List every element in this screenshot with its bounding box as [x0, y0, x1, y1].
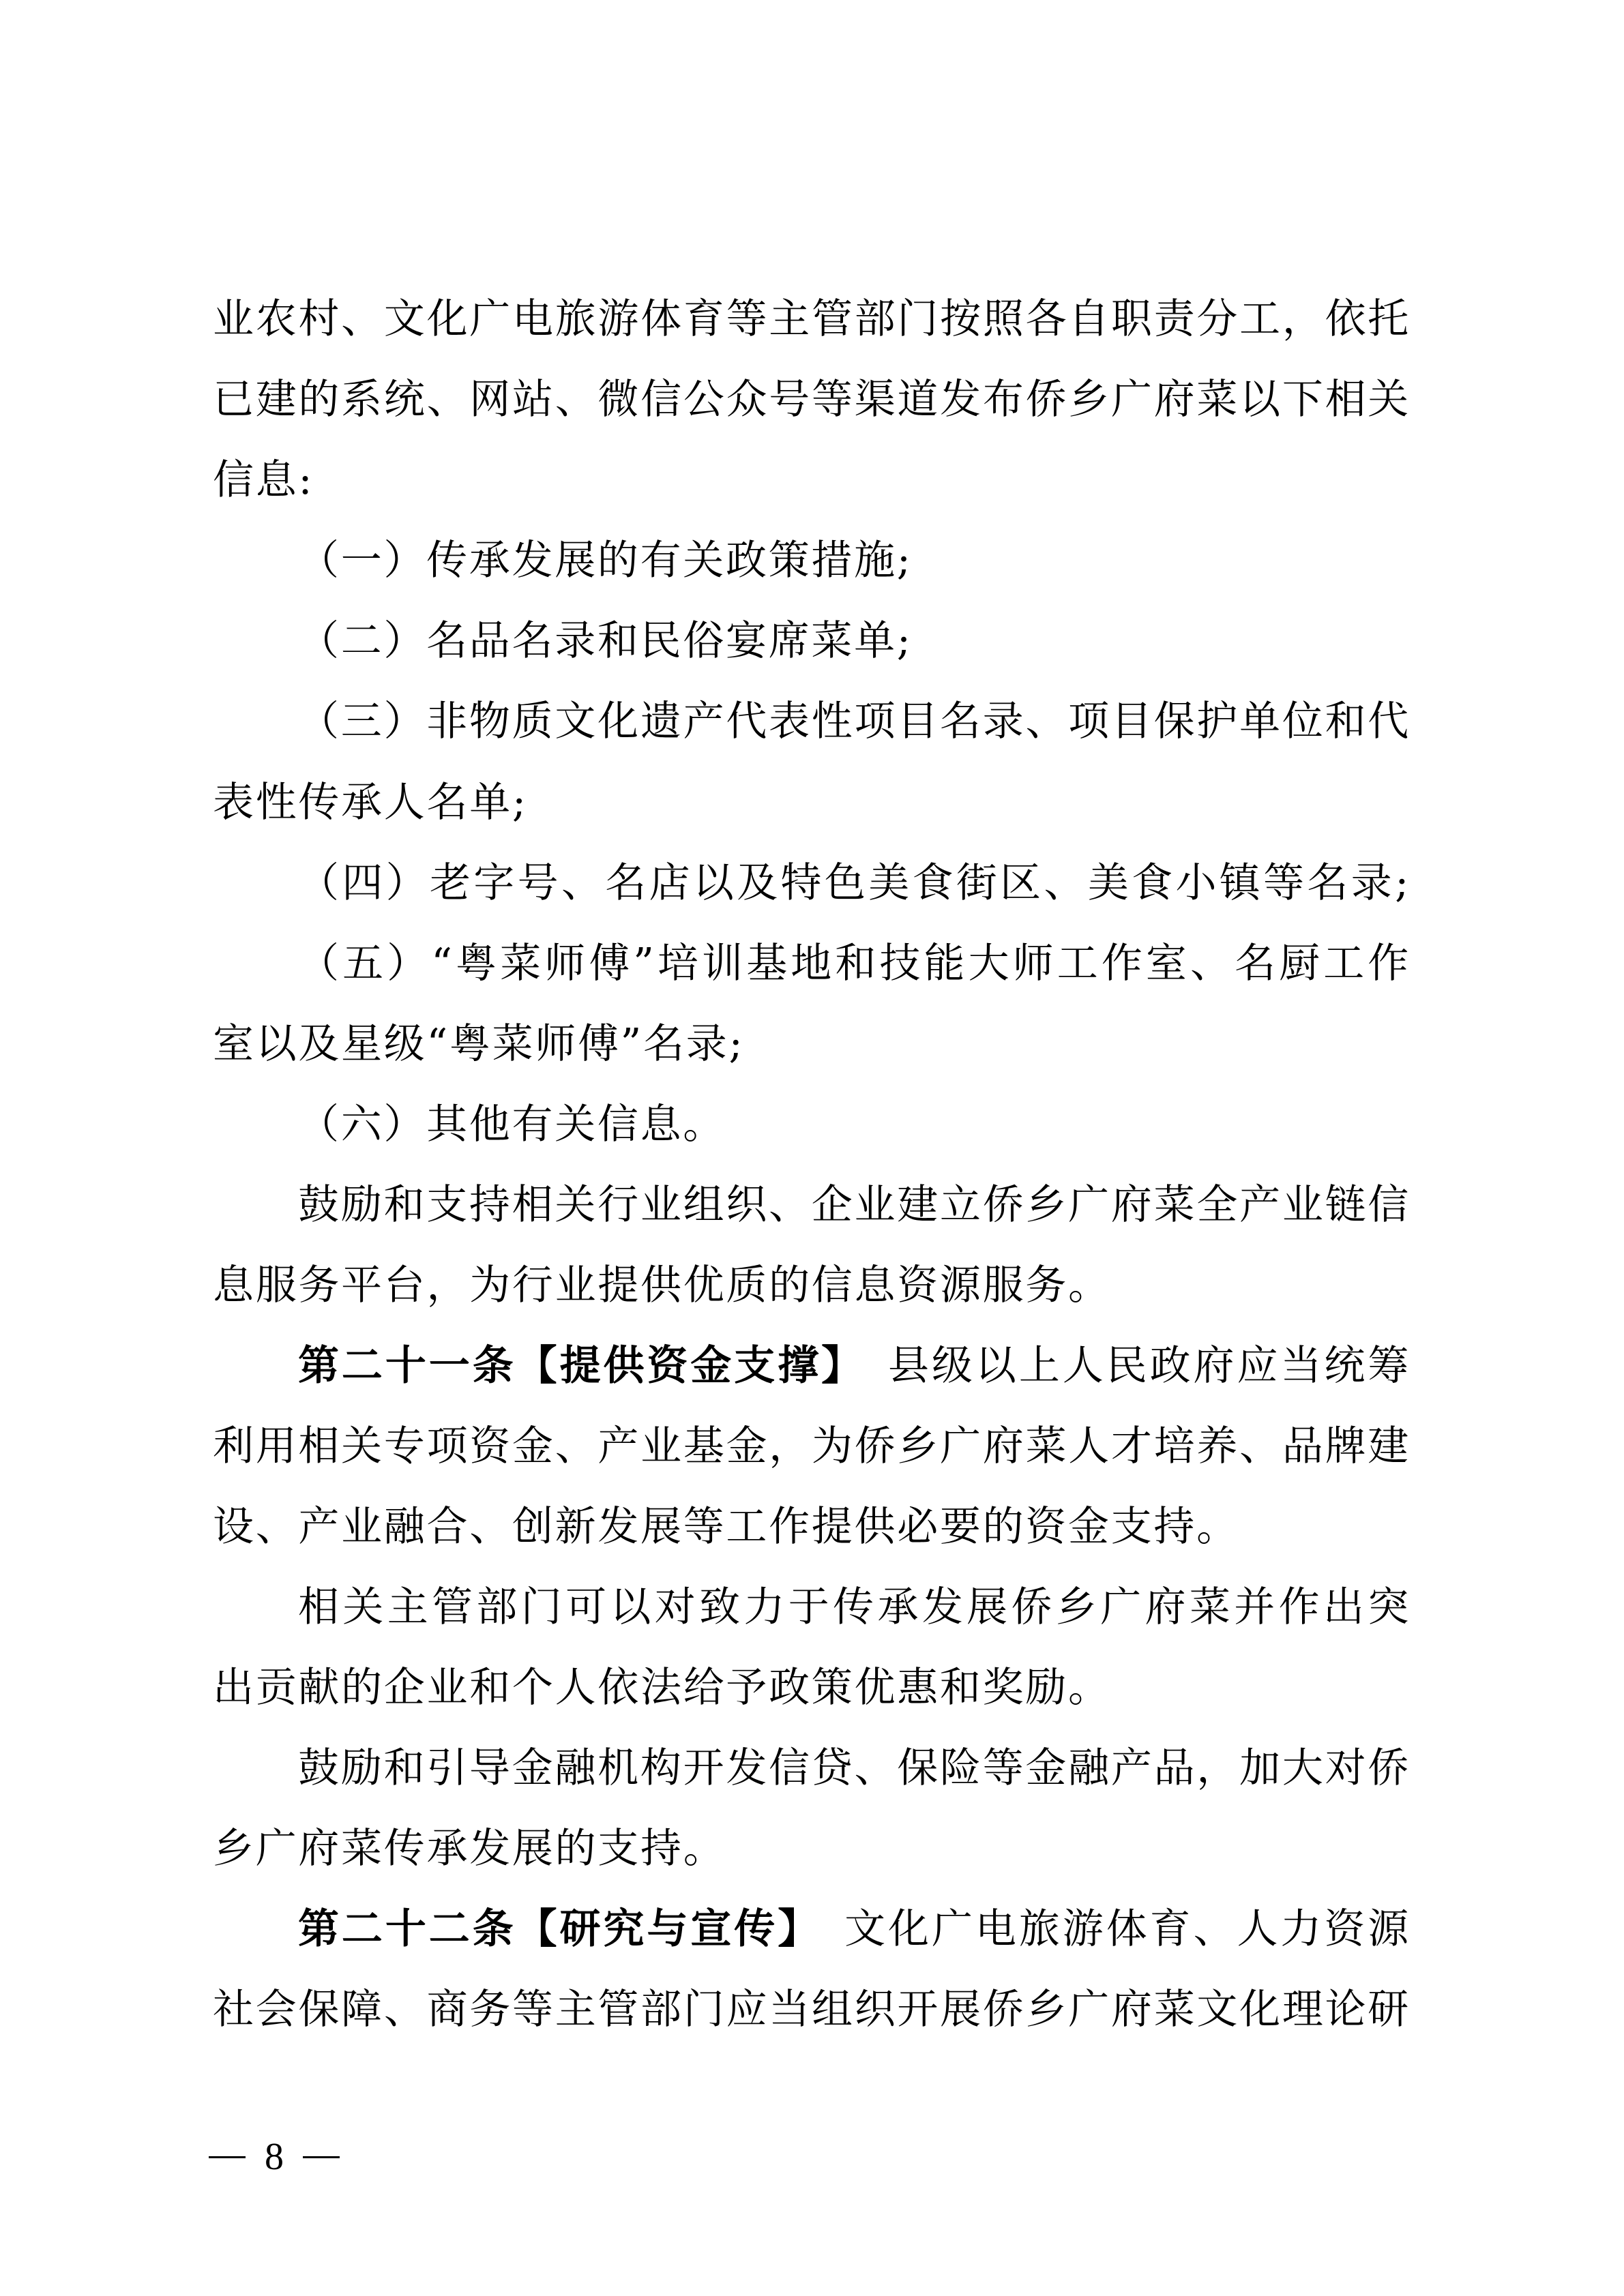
- list-item-5-continued: 室以及星级“粤菜师傅”名录;: [213, 1017, 1411, 1071]
- body-line: 已建的系统、网站、微信公众号等渠道发布侨乡广府菜以下相关: [213, 372, 1411, 427]
- list-item-2: （二）名品名录和民俗宴席菜单;: [298, 614, 1411, 668]
- paragraph-line: 社会保障、商务等主管部门应当组织开展侨乡广府菜文化理论研: [213, 1982, 1411, 2037]
- list-item-5: （五）“粤菜师傅”培训基地和技能大师工作室、名厨工作: [298, 936, 1411, 991]
- list-item-6: （六）其他有关信息。: [298, 1097, 1411, 1152]
- list-item-3: （三）非物质文化遗产代表性项目名录、项目保护单位和代: [298, 694, 1411, 749]
- body-line: 业农村、文化广电旅游体育等主管部门按照各自职责分工，依托: [213, 292, 1411, 346]
- paragraph-line: 利用相关专项资金、产业基金，为侨乡广府菜人才培养、品牌建: [213, 1419, 1411, 1474]
- paragraph-line: 出贡献的企业和个人依法给予政策优惠和奖励。: [213, 1660, 1411, 1715]
- article-22-line: 第二十二条【研究与宣传】 文化广电旅游体育、人力资源: [298, 1902, 1411, 1956]
- dash-right: [303, 2156, 340, 2158]
- paragraph-line: 息服务平台，为行业提供优质的信息资源服务。: [213, 1258, 1411, 1313]
- article-21-text: 县级以上人民政府应当统筹: [844, 1342, 1411, 1390]
- article-21-line: 第二十一条【提供资金支撑】 县级以上人民政府应当统筹: [298, 1339, 1411, 1393]
- document-page: 业农村、文化广电旅游体育等主管部门按照各自职责分工，依托 已建的系统、网站、微信…: [0, 0, 1624, 2296]
- list-item-4: （四）老字号、名店以及特色美食街区、美食小镇等名录;: [298, 856, 1411, 910]
- page-number: 8: [265, 2134, 284, 2179]
- dash-left: [209, 2156, 246, 2158]
- paragraph-line: 鼓励和支持相关行业组织、企业建立侨乡广府菜全产业链信: [298, 1178, 1411, 1232]
- paragraph-line: 设、产业融合、创新发展等工作提供必要的资金支持。: [213, 1500, 1411, 1554]
- body-line: 信息:: [213, 453, 1411, 507]
- paragraph-line: 相关主管部门可以对致力于传承发展侨乡广府菜并作出突: [298, 1580, 1411, 1635]
- article-22-text: 文化广电旅游体育、人力资源: [801, 1905, 1411, 1953]
- article-21-heading: 第二十一条【提供资金支撑】: [298, 1342, 844, 1390]
- list-item-3-continued: 表性传承人名单;: [213, 775, 1411, 830]
- paragraph-line: 乡广府菜传承发展的支持。: [213, 1821, 1411, 1876]
- paragraph-line: 鼓励和引导金融机构开发信贷、保险等金融产品，加大对侨: [298, 1741, 1411, 1795]
- list-item-1: （一）传承发展的有关政策措施;: [298, 533, 1411, 588]
- page-footer: 8: [209, 2134, 340, 2179]
- article-22-heading: 第二十二条【研究与宣传】: [298, 1905, 801, 1953]
